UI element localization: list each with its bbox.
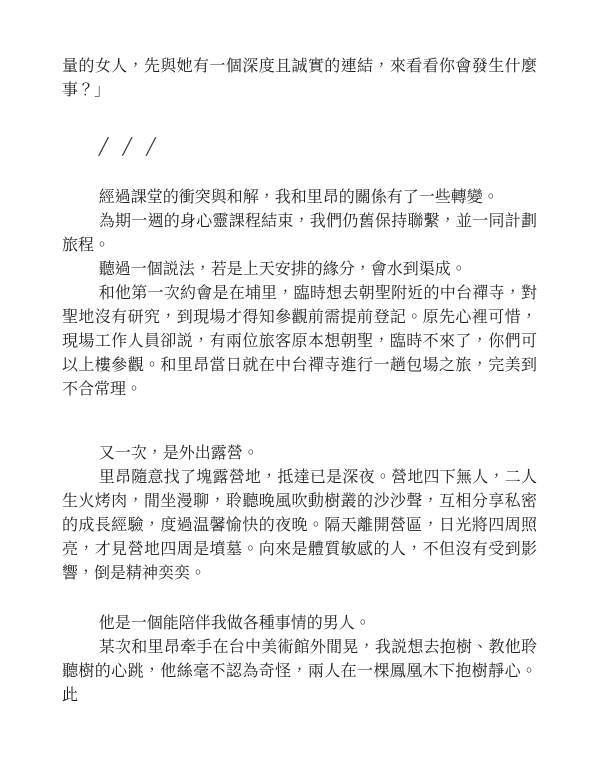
section-divider: ╱ ╱ ╱ [62, 136, 537, 160]
paragraph: 里昂隨意找了塊露營地，抵達已是深夜。營地四下無人，二人生火烤肉，閒坐漫聊，聆聽晚… [62, 466, 537, 586]
section-course-aftermath: 經過課堂的衝突與和解，我和里昂的關係有了一些轉變。 為期一週的身心靈課程結束，我… [62, 186, 537, 402]
paragraph: 為期一週的身心靈課程結束，我們仍舊保持聯繫，並一同計劃旅程。 [62, 210, 537, 258]
paragraph: 某次和里昂牽手在台中美術館外閒晃，我説想去抱樹、教他聆聽樹的心跳，他絲毫不認為奇… [62, 636, 537, 708]
section-camping: 又一次，是外出露營。 里昂隨意找了塊露營地，抵達已是深夜。營地四下無人，二人生火… [62, 442, 537, 586]
continuation-paragraph: 量的女人，先與她有一個深度且誠實的連結，來看看你會發生什麼事？」 [62, 55, 537, 103]
paragraph: 又一次，是外出露營。 [62, 442, 537, 466]
paragraph: 經過課堂的衝突與和解，我和里昂的關係有了一些轉變。 [62, 186, 537, 210]
document-page: 量的女人，先與她有一個深度且誠實的連結，來看看你會發生什麼事？」 ╱ ╱ ╱ 經… [0, 0, 600, 761]
paragraph: 聽過一個説法，若是上天安排的緣分，會水到渠成。 [62, 258, 537, 282]
paragraph: 和他第一次約會是在埔里，臨時想去朝聖附近的中台禪寺，對聖地沒有研究，到現場才得知… [62, 282, 537, 402]
paragraph: 他是一個能陪伴我做各種事情的男人。 [62, 612, 537, 636]
section-companionship: 他是一個能陪伴我做各種事情的男人。 某次和里昂牽手在台中美術館外閒晃，我説想去抱… [62, 612, 537, 708]
